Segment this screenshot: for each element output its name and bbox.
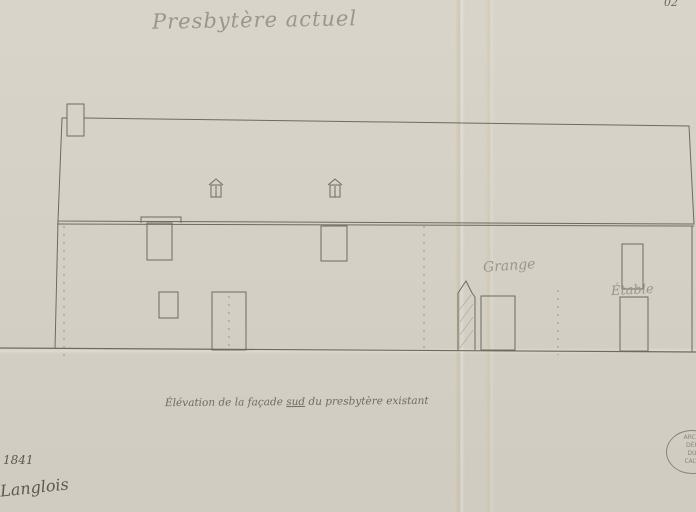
elevation-drawing [0, 0, 696, 512]
upper-window-center [321, 226, 347, 261]
cornice-line [57, 224, 694, 226]
upper-window-left [147, 223, 172, 260]
left-wall [55, 221, 58, 349]
chimney [67, 104, 84, 136]
drawing-title: Presbytère actuel [152, 6, 357, 34]
corner-mark: 02 [664, 0, 678, 9]
dormer-vent-center [328, 179, 342, 197]
caption-suffix: du presbytère existant [308, 395, 428, 408]
caption-prefix: Élévation de la façade [165, 396, 283, 409]
lower-window-left [159, 292, 178, 318]
ground-line [0, 348, 696, 352]
caption-underlined: sud [286, 396, 305, 408]
gate-pillar [458, 281, 475, 350]
label-stable: Étable [611, 282, 654, 299]
stable-door [620, 297, 648, 351]
paper-sheet: Presbytère actuel Élévation de la façade… [0, 0, 696, 512]
stamp-line: DÉP [667, 442, 696, 450]
dormer-vent-left [209, 179, 223, 197]
window-lintel [141, 217, 181, 223]
barn-door [481, 296, 515, 350]
date: 1841 [3, 453, 34, 467]
drawing-caption: Élévation de la façade sud du presbytère… [165, 395, 429, 409]
stamp-line: ARCH [667, 434, 696, 442]
roof-outline [58, 118, 694, 224]
stamp-line: DU [667, 450, 696, 458]
stamp-line: CALV [667, 458, 696, 466]
